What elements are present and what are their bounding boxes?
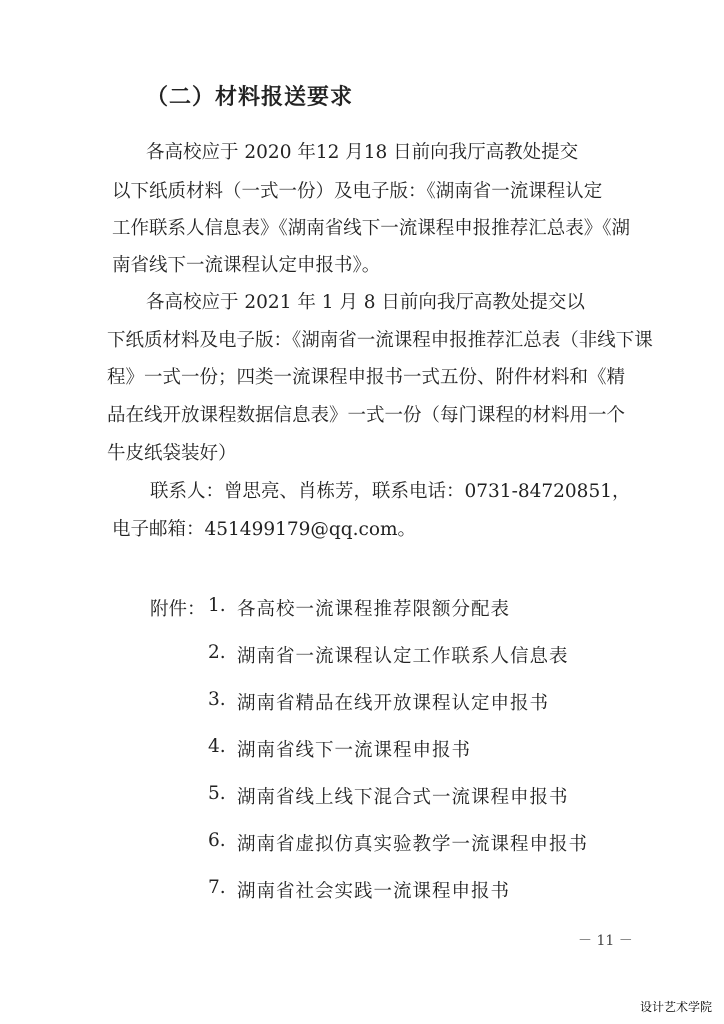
watermark-label: 设计艺术学院 xyxy=(640,998,712,1015)
paragraph1-line: 工作联系人信息表》《湖南省线下一流课程申报推荐汇总表》《湖 xyxy=(112,217,630,241)
attachment-number: 7. xyxy=(208,877,226,898)
attachment-number: 4. xyxy=(208,736,226,757)
attachment-title: 湖南省社会实践一流课程申报书 xyxy=(237,877,510,903)
paragraph1-line: 南省线下一流课程认定申报书》。 xyxy=(112,254,380,278)
paragraph2-line: 品在线开放课程数据信息表》一式一份（每门课程的材料用一个 xyxy=(107,404,625,428)
page-number: － 11 － xyxy=(578,930,633,950)
attachment-number: 1. xyxy=(208,595,226,616)
paragraph1-line: 各高校应于 2020 年12 月18 日前向我厅高教处提交 xyxy=(146,141,578,165)
paragraph2-line: 下纸质材料及电子版：《湖南省一流课程申报推荐汇总表（非线下课 xyxy=(107,329,653,353)
attachment-title: 湖南省线下一流课程申报书 xyxy=(237,736,471,762)
attachment-title: 湖南省一流课程认定工作联系人信息表 xyxy=(237,642,569,668)
attachment-number: 6. xyxy=(208,830,226,851)
paragraph2-line: 牛皮纸袋装好） xyxy=(107,442,237,466)
attachment-title: 湖南省线上线下混合式一流课程申报书 xyxy=(237,783,569,809)
attachment-title: 湖南省精品在线开放课程认定申报书 xyxy=(237,689,549,715)
contact-line: 联系人：曾思亮、肖栋芳，联系电话：0731-84720851， xyxy=(150,480,631,504)
attachment-title: 湖南省虚拟仿真实验教学一流课程申报书 xyxy=(237,830,588,856)
attachments-prefix: 附件： xyxy=(150,595,206,621)
attachment-number: 5. xyxy=(208,783,226,804)
paragraph2-line: 各高校应于 2021 年 1 月 8 日前向我厅高教处提交以 xyxy=(146,291,585,315)
paragraph1-line: 以下纸质材料（一式一份）及电子版：《湖南省一流课程认定 xyxy=(112,180,602,204)
attachment-number: 3. xyxy=(208,689,226,710)
attachment-number: 2. xyxy=(208,642,226,663)
attachment-title: 各高校一流课程推荐限额分配表 xyxy=(237,595,510,621)
section-heading: （二）材料报送要求 xyxy=(146,80,353,111)
paragraph2-line: 程》一式一份；四类一流课程申报书一式五份、附件材料和《精 xyxy=(107,366,625,390)
contact-email-line: 电子邮箱：451499179@qq.com。 xyxy=(112,518,416,542)
